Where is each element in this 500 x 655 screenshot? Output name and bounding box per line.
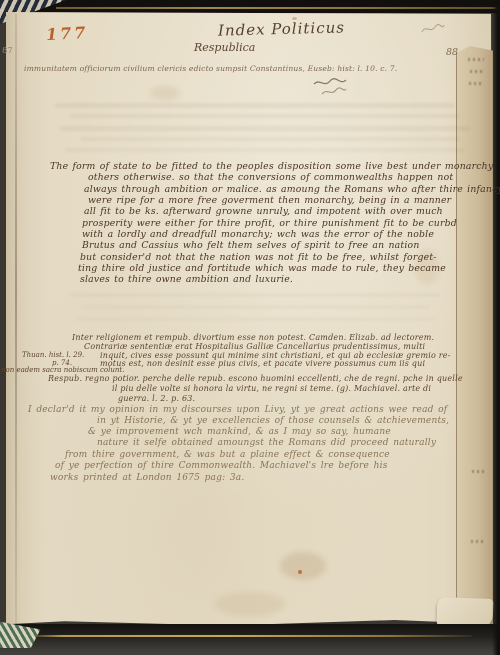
manuscript-line: Respub. regno potior. perche delle repub… [48,374,463,383]
bleed-through-line [65,148,465,152]
ink-flourish [420,22,446,36]
manuscript-line: from thire government, & was but a plain… [65,450,390,460]
manuscript-line: motus est, non desinit esse pius civis, … [100,359,425,368]
gilt-edge-top [56,7,500,9]
page-title: Index Politicus [218,18,345,39]
stain [280,552,326,580]
manuscript-line: all fit to be ks. afterward growne unrul… [84,206,443,217]
bleed-through-line [70,293,440,297]
manuscript-line: il piu delle volte si honora la virtu, n… [112,384,431,393]
manuscript-line: with a lordly and dreadfull monarchy; wc… [82,229,434,240]
manuscript-line: of ye perfection of thire Commonwealth. … [55,461,388,471]
folio-number-pencil: 87 [2,46,13,56]
manuscript-line: The form of state to be fitted to the pe… [50,161,493,172]
background-right-edge [492,0,500,655]
bleed-through-line [60,126,470,131]
manuscript-line: in yt Historie, & yt ye excellencies of … [97,416,449,426]
bleed-through-line [80,305,430,309]
manuscript-line: others otherwise. so that the conversion… [88,172,453,183]
manuscript-photo: 177 87 Index Politicus Respublica 88 imm… [0,0,500,655]
margin-reference: Thuan. hist. l. 29. [22,351,84,359]
stain [150,86,180,100]
manuscript-line: prosperity were either for thire profit,… [82,218,457,229]
bleed-through-line [75,317,435,321]
bleed-through-line [70,114,460,118]
manuscript-line: ting thire old justice and fortitude whi… [78,263,446,274]
manuscript-line: but consider'd not that the nation was n… [80,252,437,263]
ink-flourish [312,76,348,98]
fore-edge-bleed-mark [470,70,484,73]
gutter-crease [15,14,17,624]
stain [215,592,285,616]
manuscript-line: Brutus and Cassius who felt them selves … [82,240,420,251]
bleed-through-line [80,137,460,141]
manuscript-line: Contrariæ sententiæ erat Hospitalius Gal… [84,342,425,351]
gilt-edge-bottom [26,635,472,637]
manuscript-line: I declar'd it my opinion in my discourse… [28,405,447,415]
manuscript-line: slaves to thire owne ambition and luxuri… [80,274,293,285]
page-number: 88 [446,47,458,58]
ink-speck [298,570,302,574]
section-heading: Respublica [194,41,255,54]
fore-edge-bleed-mark [472,470,484,473]
fore-edge-bleed-mark [469,82,484,85]
fore-edge-bleed-mark [471,540,484,543]
manuscript-line: always through ambition or malice. as am… [84,184,500,195]
fore-edge-pages [456,46,493,626]
manuscript-line: nature it selfe obtained amoungst the Ro… [97,438,436,448]
book-bottom-shadow [0,624,500,655]
margin-note: non eadem sacra nobiscum colunt. [1,366,124,374]
manuscript-line: were ripe for a more free goverment then… [88,195,451,206]
manuscript-line: immunitatem officiorum civilium clericis… [24,64,397,73]
manuscript-line: works printed at London 1675 pag: 3a. [50,473,244,483]
manuscript-line: & ye improvement wch mankind, & as I may… [88,427,391,437]
manuscript-line: Inter religionem et rempub. divortium es… [72,333,434,342]
bleed-through-line [55,103,455,108]
manuscript-line: guerra. l. 2. p. 63. [118,394,195,403]
folio-number-red: 177 [46,23,89,44]
fore-edge-bleed-mark [468,58,484,61]
